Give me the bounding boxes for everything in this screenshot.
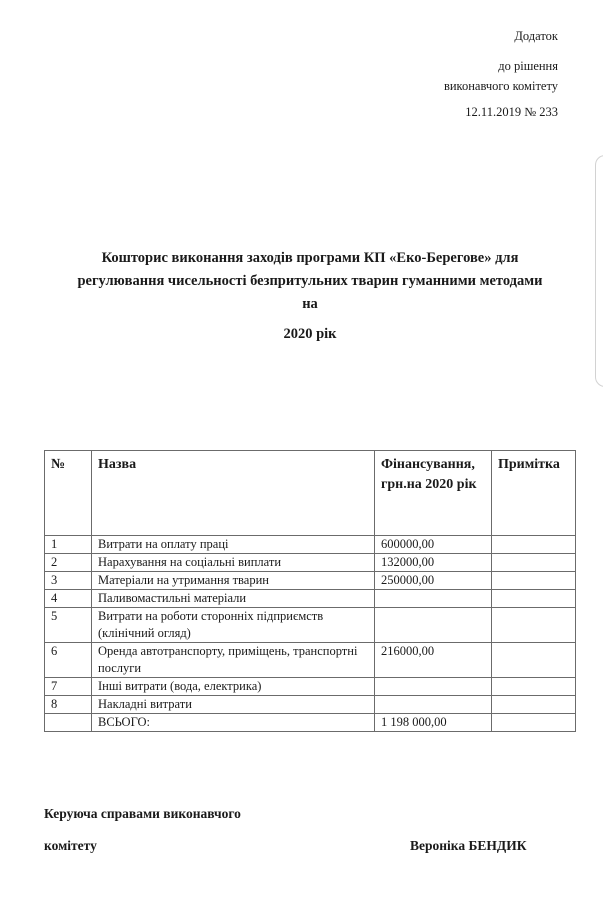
cell-note bbox=[492, 572, 576, 590]
cell-name: Накладні витрати bbox=[92, 696, 375, 714]
table-total-row: ВСЬОГО:1 198 000,00 bbox=[45, 714, 576, 732]
cell-name: Оренда автотранспорту, приміщень, трансп… bbox=[92, 643, 375, 678]
cell-note bbox=[492, 643, 576, 678]
cell-no: 7 bbox=[45, 678, 92, 696]
cell-no: 4 bbox=[45, 590, 92, 608]
cell-name: Паливомастильні матеріали bbox=[92, 590, 375, 608]
cell-name: Витрати на оплату праці bbox=[92, 536, 375, 554]
cell-note bbox=[492, 608, 576, 643]
signatory-position-line-2: комітету bbox=[44, 838, 97, 854]
appendix-label: Додаток bbox=[514, 30, 558, 43]
table-header-row: № Назва Фінансування, грн.на 2020 рік Пр… bbox=[45, 451, 576, 536]
header-name: Назва bbox=[92, 451, 375, 536]
cell-no: 2 bbox=[45, 554, 92, 572]
table-row: 2Нарахування на соціальні виплати132000,… bbox=[45, 554, 576, 572]
cell-note bbox=[492, 714, 576, 732]
cell-name: Нарахування на соціальні виплати bbox=[92, 554, 375, 572]
table-row: 7Інші витрати (вода, електрика) bbox=[45, 678, 576, 696]
table-row: 8Накладні витрати bbox=[45, 696, 576, 714]
cell-name: Витрати на роботи сторонніх підприємств … bbox=[92, 608, 375, 643]
cell-name: ВСЬОГО: bbox=[92, 714, 375, 732]
table-row: 1Витрати на оплату праці600000,00 bbox=[45, 536, 576, 554]
title-line-1: Кошторис виконання заходів програми КП «… bbox=[30, 247, 590, 270]
cell-amount: 132000,00 bbox=[375, 554, 492, 572]
title-line-3: на bbox=[30, 293, 590, 316]
title-line-2: регулювання чисельності безпритульних тв… bbox=[30, 270, 590, 293]
cell-amount bbox=[375, 696, 492, 714]
cell-amount: 600000,00 bbox=[375, 536, 492, 554]
appendix-committee: виконавчого комітету bbox=[444, 80, 558, 93]
table-row: 6Оренда автотранспорту, приміщень, транс… bbox=[45, 643, 576, 678]
table-row: 5Витрати на роботи сторонніх підприємств… bbox=[45, 608, 576, 643]
budget-table: № Назва Фінансування, грн.на 2020 рік Пр… bbox=[44, 450, 576, 732]
document-year: 2020 рік bbox=[30, 326, 590, 343]
cell-amount bbox=[375, 590, 492, 608]
header-note: Примітка bbox=[492, 451, 576, 536]
signatory-position-line-1: Керуюча справами виконавчого bbox=[44, 806, 241, 822]
document-title: Кошторис виконання заходів програми КП «… bbox=[30, 247, 590, 316]
cell-no: 6 bbox=[45, 643, 92, 678]
cell-name: Матеріали на утримання тварин bbox=[92, 572, 375, 590]
header-no: № bbox=[45, 451, 92, 536]
cell-amount: 250000,00 bbox=[375, 572, 492, 590]
cell-note bbox=[492, 678, 576, 696]
cell-no: 3 bbox=[45, 572, 92, 590]
cell-no: 5 bbox=[45, 608, 92, 643]
cell-note bbox=[492, 536, 576, 554]
cell-amount: 1 198 000,00 bbox=[375, 714, 492, 732]
cell-amount: 216000,00 bbox=[375, 643, 492, 678]
signatory-name: Вероніка БЕНДИК bbox=[410, 838, 527, 854]
cell-amount bbox=[375, 608, 492, 643]
cell-note bbox=[492, 554, 576, 572]
table-row: 4Паливомастильні матеріали bbox=[45, 590, 576, 608]
page-edge-scroll-handle[interactable] bbox=[595, 155, 603, 387]
appendix-date-number: 12.11.2019 № 233 bbox=[465, 106, 558, 119]
cell-note bbox=[492, 696, 576, 714]
cell-amount bbox=[375, 678, 492, 696]
cell-name: Інші витрати (вода, електрика) bbox=[92, 678, 375, 696]
appendix-decision: до рішення bbox=[498, 60, 558, 73]
header-financing: Фінансування, грн.на 2020 рік bbox=[375, 451, 492, 536]
cell-no: 8 bbox=[45, 696, 92, 714]
cell-no bbox=[45, 714, 92, 732]
table-row: 3Матеріали на утримання тварин250000,00 bbox=[45, 572, 576, 590]
cell-no: 1 bbox=[45, 536, 92, 554]
cell-note bbox=[492, 590, 576, 608]
